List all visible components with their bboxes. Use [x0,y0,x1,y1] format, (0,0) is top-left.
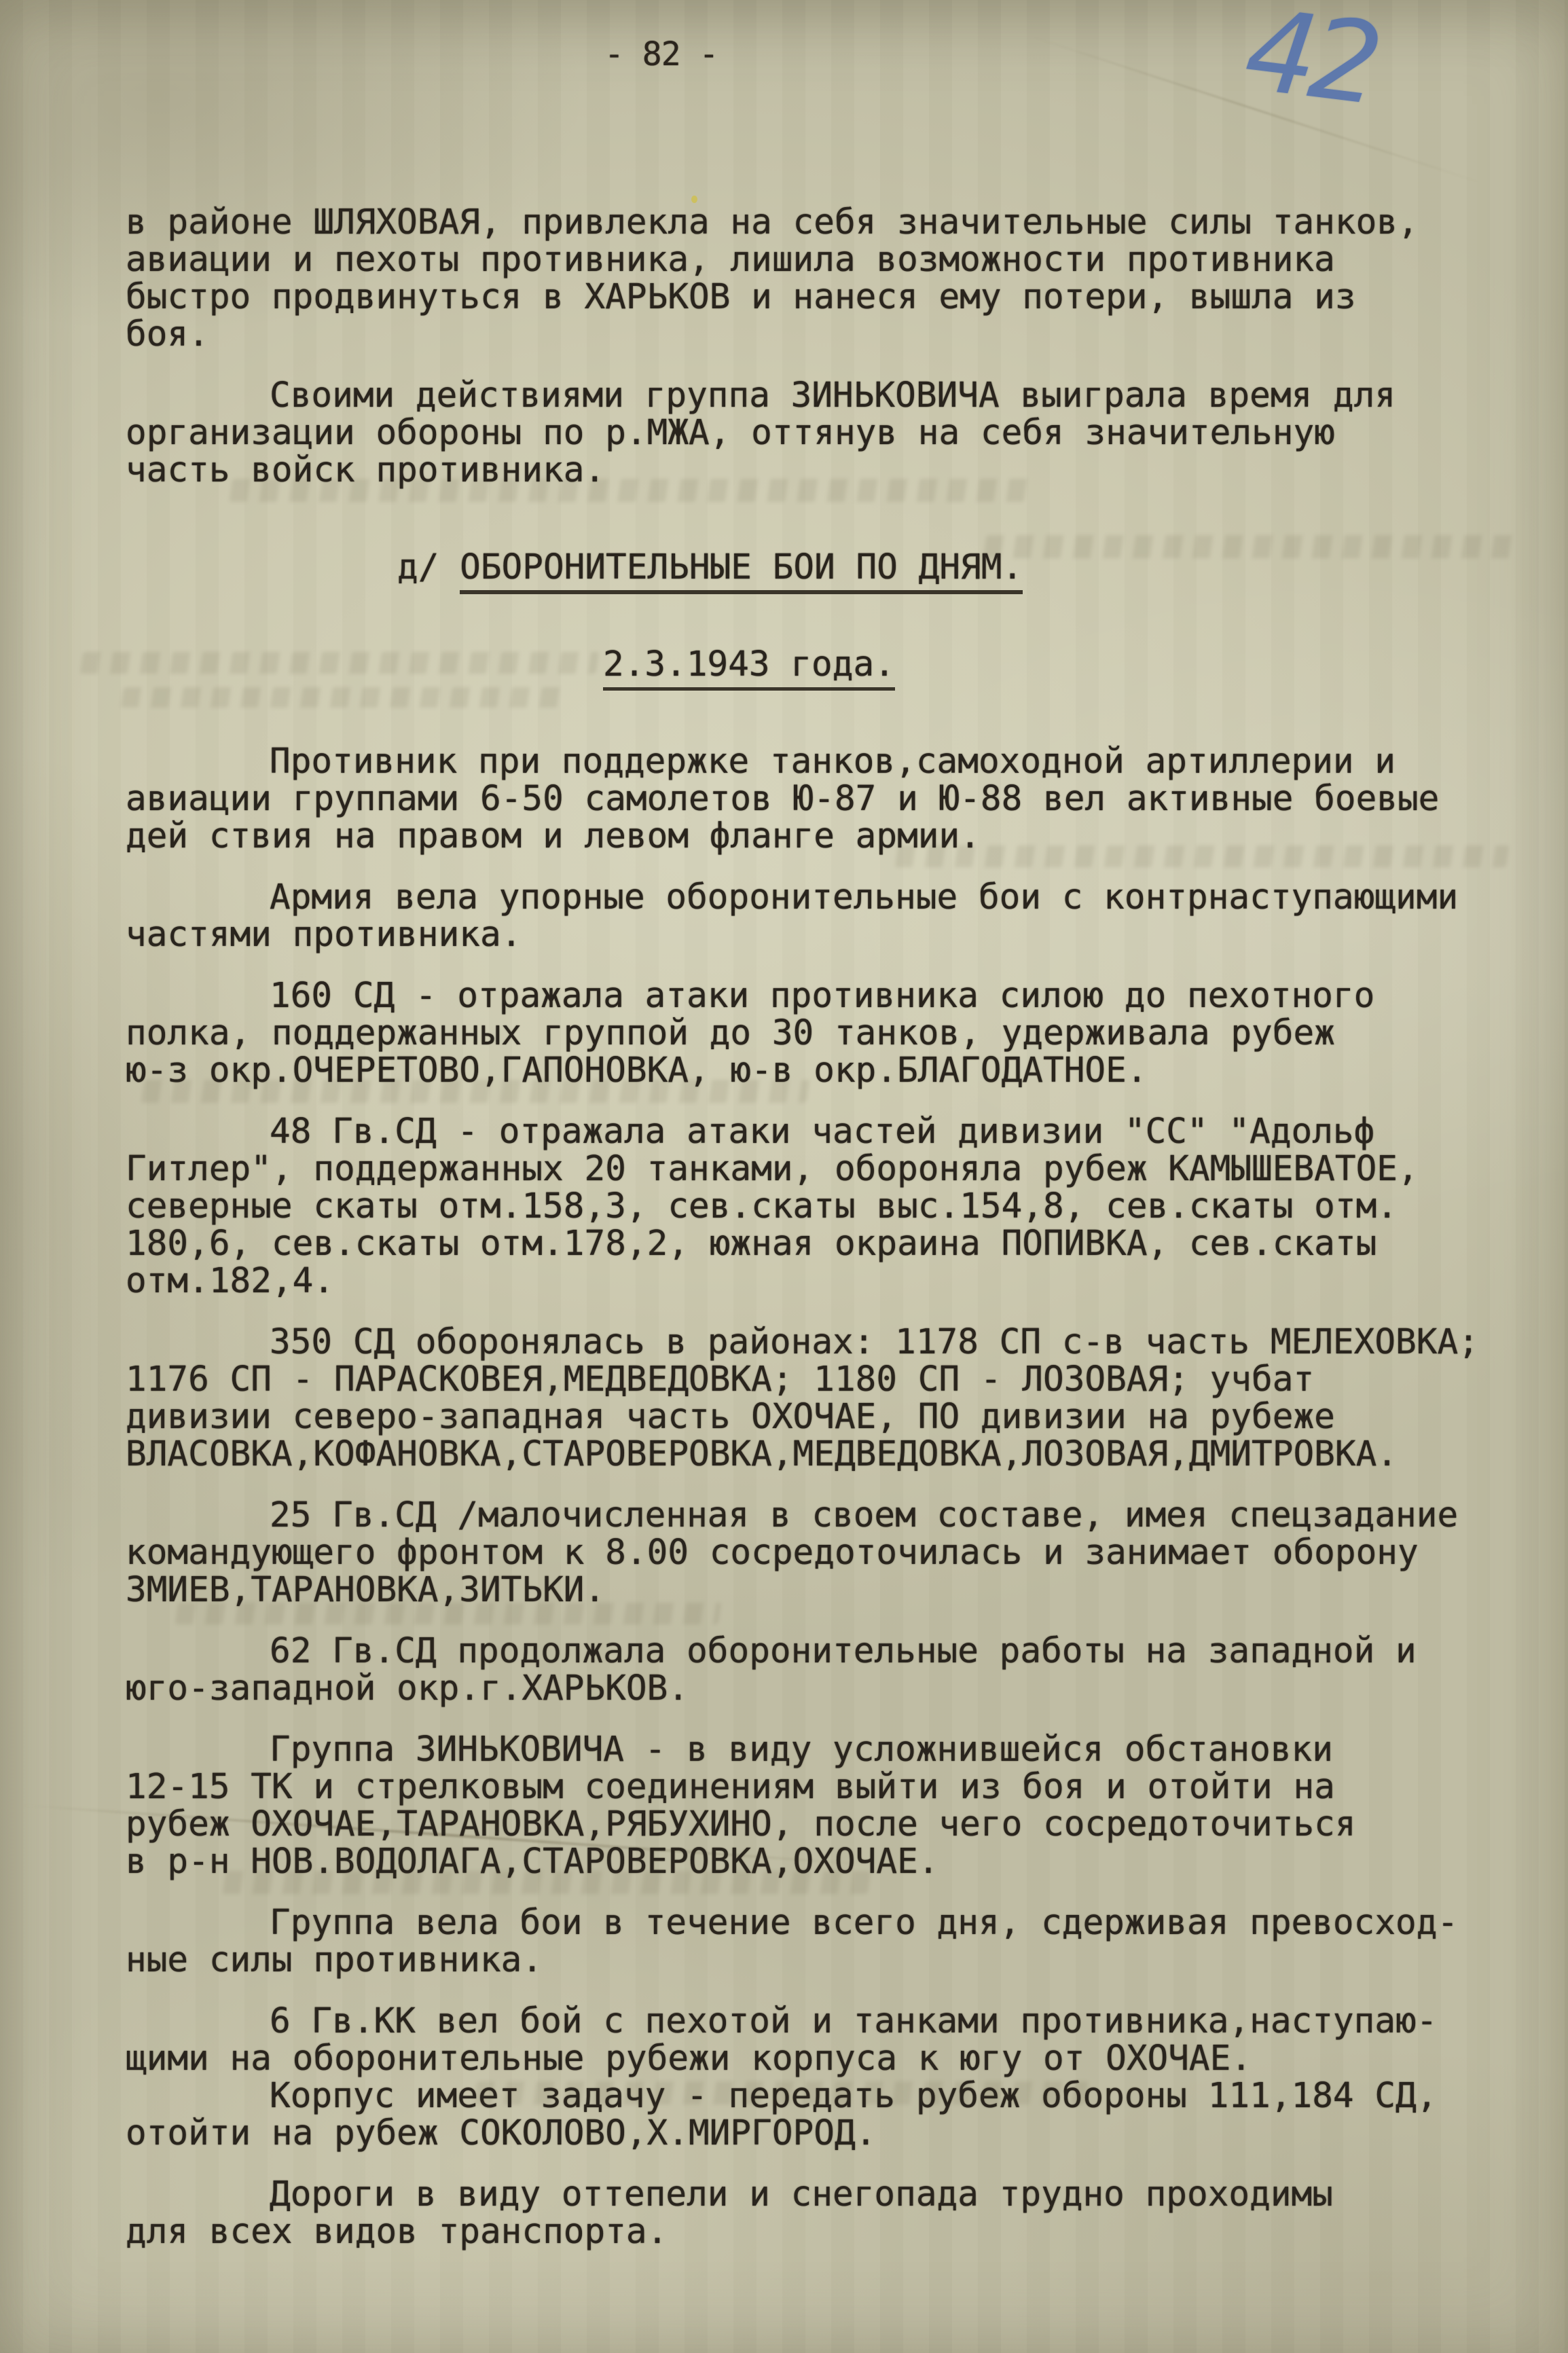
text-line: Группа ЗИНЬКОВИЧА - в виду усложнившейся… [126,1731,1484,1768]
section-heading: д/ ОБОРОНИТЕЛЬНЫЕ БОИ ПО ДНЯМ. [126,549,1484,586]
text-line: ю-з окр.ОЧЕРЕТОВО,ГАПОНОВКА, ю-в окр.БЛА… [126,1052,1484,1089]
paragraph: 160 СД - отражала атаки противника силою… [126,977,1484,1089]
text-line: дивизии северо-западная часть ОХОЧАЕ, ПО… [126,1398,1484,1436]
paragraph: 48 Гв.СД - отражала атаки частей дивизии… [126,1113,1484,1300]
text-line: 350 СД оборонялась в районах: 1178 СП с-… [126,1324,1484,1361]
text-line: ВЛАСОВКА,КОФАНОВКА,СТАРОВЕРОВКА,МЕДВЕДОВ… [126,1436,1484,1473]
text-line: авиации группами 6-50 самолетов Ю-87 и Ю… [126,780,1484,818]
text-line: 48 Гв.СД - отражала атаки частей дивизии… [126,1113,1484,1150]
text-line: организации обороны по р.МЖА, оттянув на… [126,414,1484,452]
text-line: в районе ШЛЯХОВАЯ, привлекла на себя зна… [126,204,1484,241]
handwritten-number: 42 [1239,0,1383,130]
text-line: для всех видов транспорта. [126,2213,1484,2250]
underlined-heading-text: ОБОРОНИТЕЛЬНЫЕ БОИ ПО ДНЯМ. [460,547,1023,594]
paragraph: Дороги в виду оттепели и снегопада трудн… [126,2176,1484,2250]
text-line: Армия вела упорные оборонительные бои с … [126,879,1484,916]
paragraph: 25 Гв.СД /малочисленная в своем составе,… [126,1497,1484,1609]
text-line: отм.182,4. [126,1262,1484,1300]
section-heading: 2.3.1943 года. [126,646,1484,683]
paragraph: Армия вела упорные оборонительные бои с … [126,879,1484,953]
text-line: ные силы противника. [126,1941,1484,1979]
text-line: 12-15 ТК и стрелковым соединениям выйти … [126,1768,1484,1806]
text-line: боя. [126,316,1484,353]
text-line: 62 Гв.СД продолжала оборонительные работ… [126,1632,1484,1670]
paragraph: Своими действиями группа ЗИНЬКОВИЧА выиг… [126,377,1484,489]
text-line: Дороги в виду оттепели и снегопада трудн… [126,2176,1484,2213]
text-line: рубеж ОХОЧАЕ,ТАРАНОВКА,РЯБУХИНО, после ч… [126,1806,1484,1843]
paragraph: 350 СД оборонялась в районах: 1178 СП с-… [126,1324,1484,1473]
text-line: авиации и пехоты противника, лишила возм… [126,241,1484,278]
text-line: 180,6, сев.скаты отм.178,2, южная окраин… [126,1225,1484,1262]
page-number: - 82 - [604,35,718,73]
text-line: часть войск противника. [126,452,1484,489]
text-line: дей ствия на правом и левом фланге армии… [126,818,1484,855]
text-line: Противник при поддержке танков,самоходно… [126,743,1484,780]
text-line: юго-западной окр.г.ХАРЬКОВ. [126,1670,1484,1707]
text-line: Группа вела бои в течение всего дня, сде… [126,1904,1484,1941]
text-line: командующего фронтом к 8.00 сосредоточил… [126,1534,1484,1571]
text-line: Гитлер", поддержанных 20 танками, оборон… [126,1150,1484,1188]
paragraph: 6 Гв.КК вел бой с пехотой и танками прот… [126,2003,1484,2152]
text-line: ЗМИЕВ,ТАРАНОВКА,ЗИТЬКИ. [126,1571,1484,1609]
paragraph: Группа вела бои в течение всего дня, сде… [126,1904,1484,1979]
paragraph: 62 Гв.СД продолжала оборонительные работ… [126,1632,1484,1707]
paragraph: в районе ШЛЯХОВАЯ, привлекла на себя зна… [126,204,1484,353]
text-line: 160 СД - отражала атаки противника силою… [126,977,1484,1015]
text-line: в р-н НОВ.ВОДОЛАГА,СТАРОВЕРОВКА,ОХОЧАЕ. [126,1843,1484,1880]
text-line: Своими действиями группа ЗИНЬКОВИЧА выиг… [126,377,1484,414]
text-line: 25 Гв.СД /малочисленная в своем составе,… [126,1497,1484,1534]
paragraph: Противник при поддержке танков,самоходно… [126,743,1484,855]
document-page: - 82 - 42 в районе ШЛЯХОВАЯ, привлекла н… [0,0,1568,2353]
text-line: частями противника. [126,916,1484,953]
text-line: щими на оборонительные рубежи корпуса к … [126,2040,1484,2077]
text-line: отойти на рубеж СОКОЛОВО,Х.МИРГОРОД. [126,2115,1484,2152]
text-line: полка, поддержанных группой до 30 танков… [126,1015,1484,1052]
text-line: быстро продвинуться в ХАРЬКОВ и нанеся е… [126,278,1484,316]
paragraph: Группа ЗИНЬКОВИЧА - в виду усложнившейся… [126,1731,1484,1880]
text-line: Корпус имеет задачу - передать рубеж обо… [126,2077,1484,2115]
text-line: 1176 СП - ПАРАСКОВЕЯ,МЕДВЕДОВКА; 1180 СП… [126,1361,1484,1398]
text-flow: в районе ШЛЯХОВАЯ, привлекла на себя зна… [126,204,1484,2250]
underlined-heading-text: 2.3.1943 года. [603,644,895,691]
text-line: северные скаты отм.158,3, сев.скаты выс.… [126,1188,1484,1225]
text-line: 6 Гв.КК вел бой с пехотой и танками прот… [126,2003,1484,2040]
